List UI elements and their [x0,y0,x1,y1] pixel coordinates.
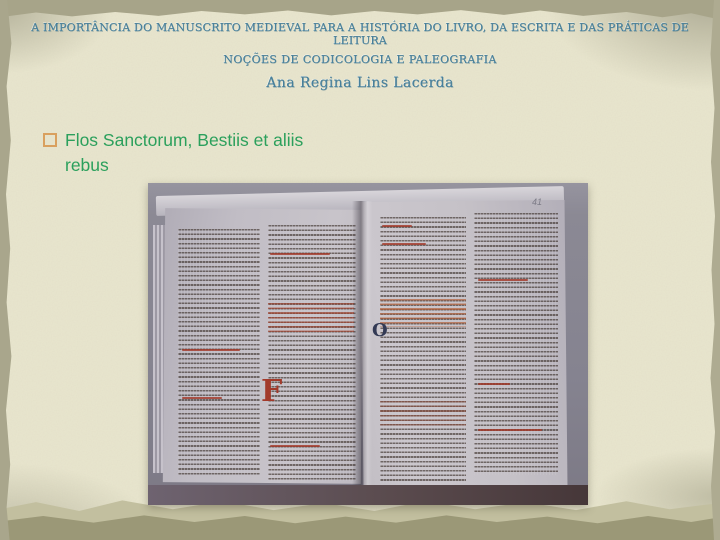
decorated-initial-letter: O [372,322,388,340]
red-rubric-line [382,243,426,245]
page-title-line-2: NOÇÕES DE CODICOLOGIA E PALEOGRAFIA [24,53,696,66]
red-rubric-line [270,253,330,255]
red-rubric-line [478,429,542,431]
decorated-initial-letter: F [261,377,282,407]
manuscript-text-column [474,213,558,475]
bullet-label: Flos Sanctorum, Bestiis et aliis rebus [65,128,347,178]
list-item: Flos Sanctorum, Bestiis et aliis rebus [43,128,355,178]
slide-header: A IMPORTÂNCIA DO MANUSCRITO MEDIEVAL PAR… [24,21,696,91]
red-rubric-paragraph [380,299,466,327]
red-rubric-line [382,225,412,227]
bullet-square-icon [43,133,57,147]
torn-edge-right [710,0,720,540]
manuscript-text-column [380,217,466,483]
page-title-line-1: A IMPORTÂNCIA DO MANUSCRITO MEDIEVAL PAR… [24,21,696,47]
manuscript-photo: F O 41 [148,183,588,505]
manuscript-text-column [268,225,356,481]
torn-edge-left [0,0,12,540]
red-rubric-line [478,383,510,385]
torn-edge-bottom-dark [0,510,720,540]
red-rubric-line [478,279,528,281]
slide-canvas: A IMPORTÂNCIA DO MANUSCRITO MEDIEVAL PAR… [0,0,720,540]
book-gutter-shadow [352,201,372,487]
photo-corner-shadow [148,375,243,505]
red-rubric-paragraph [380,401,466,427]
red-rubric-line [182,349,240,351]
red-rubric-paragraph [268,303,354,333]
author-byline: Ana Regina Lins Lacerda [24,75,696,91]
folio-number: 41 [532,197,542,207]
red-rubric-line [270,445,320,447]
